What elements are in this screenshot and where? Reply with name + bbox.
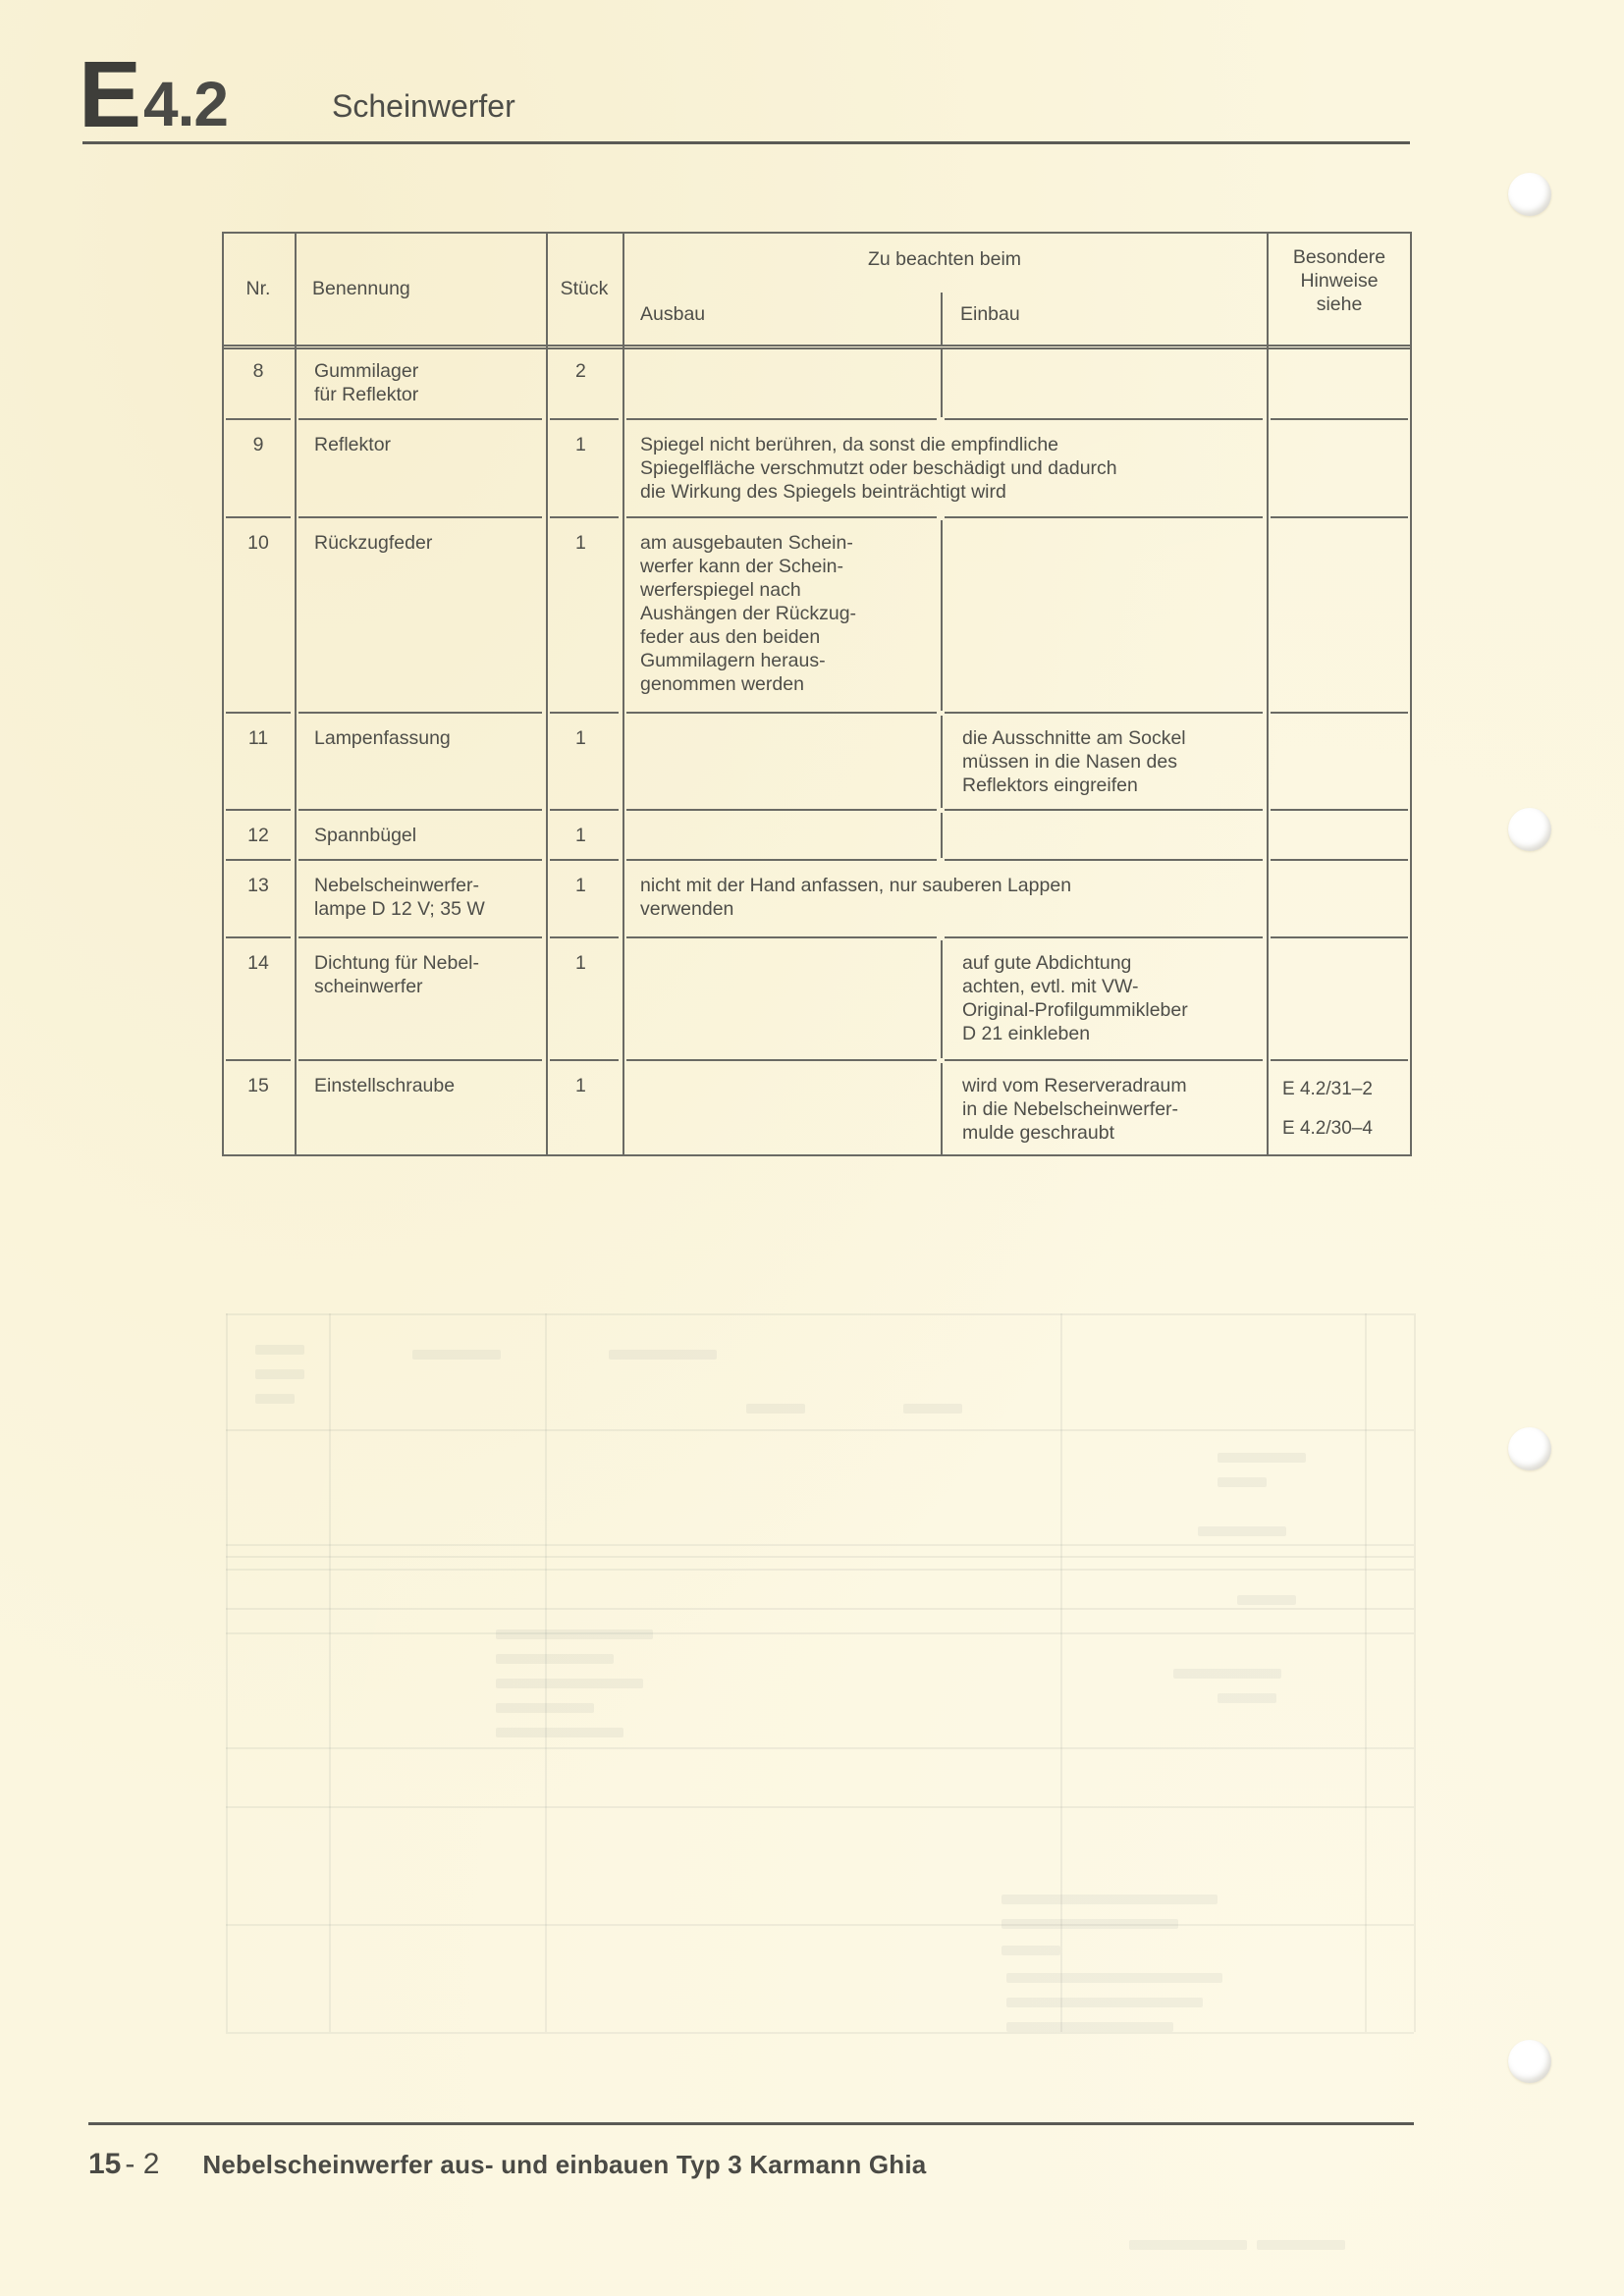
table-rule [1271,936,1408,938]
header-ausbau: Ausbau [640,302,939,326]
bleed-through-mark [329,1313,331,2032]
row-einbau: die Ausschnitte am Sockel müssen in die … [962,726,1263,797]
bleed-through-mark [1129,2240,1247,2250]
table-rule [945,936,1263,938]
table-rule [298,418,542,420]
bleed-through-mark [226,1429,1414,1431]
table-rule [550,859,619,861]
row-benennung: Reflektor [314,433,542,456]
table-rule [226,809,291,811]
row-stueck: 1 [575,951,623,975]
table-rule [226,1059,291,1061]
table-rule [546,232,548,1156]
row-benennung: Dichtung für Nebel- scheinwerfer [314,951,542,998]
table-rule [626,418,937,420]
table-rule [222,347,1412,349]
page-title: Scheinwerfer [332,88,515,125]
bleed-through-mark [226,1924,1414,1926]
table-rule [298,809,542,811]
row-nr: 12 [222,824,295,847]
section-number: 4.2 [143,75,228,133]
bleed-through-mark [609,1350,717,1360]
table-rule [941,1063,943,1154]
table-rule [626,516,937,518]
header-benennung: Benennung [312,277,544,300]
bleed-through-mark [226,1544,1414,1546]
table-rule [550,936,619,938]
row-note-span: Spiegel nicht berühren, da sonst die emp… [640,433,1261,504]
row-einbau: wird vom Reserveradraum in die Nebelsche… [962,1074,1263,1145]
table-rule [1271,516,1408,518]
table-rule [945,516,1263,518]
bleed-through-mark [226,2032,1414,2034]
row-stueck: 1 [575,726,623,750]
bleed-through-mark [255,1345,304,1355]
table-rule [298,859,542,861]
bleed-through-mark [226,1632,1414,1634]
bleed-through-mark [1006,1973,1222,1983]
row-benennung: Nebelscheinwerfer- lampe D 12 V; 35 W [314,874,542,921]
bleed-through-mark [255,1369,304,1379]
bleed-through-mark [1198,1526,1286,1536]
parts-table: Nr.BenennungStückZu beachten beimAusbauE… [222,232,1412,1156]
table-rule [295,232,297,1156]
table-rule [550,418,619,420]
table-rule [941,293,943,346]
bleed-through-mark [1173,1669,1281,1679]
header-divider [82,141,1410,144]
table-rule [298,1059,542,1061]
table-rule [298,712,542,714]
row-benennung: Spannbügel [314,824,542,847]
punch-hole [1508,2040,1551,2083]
table-rule [1271,712,1408,714]
bleed-through-mark [1414,1313,1416,2032]
table-rule [626,809,937,811]
row-nr: 15 [222,1074,295,1097]
row-einbau: auf gute Abdichtung achten, evtl. mit VW… [962,951,1263,1045]
bleed-through-mark [255,1394,295,1404]
bleed-through-mark [1006,1998,1203,2007]
row-stueck: 1 [575,1074,623,1097]
row-nr: 14 [222,951,295,975]
bleed-through-mark [226,1556,1414,1558]
table-rule [222,1154,1412,1156]
bleed-through-mark [903,1404,962,1414]
page-number-minor: - 2 [125,2148,159,2180]
table-rule [941,520,943,711]
bleed-through-mark [496,1629,653,1639]
table-rule [222,345,1412,347]
bleed-through-mark [1001,1946,1060,1955]
section-mark: E 4.2 [79,55,228,133]
row-nr: 8 [222,359,295,383]
table-rule [941,813,943,858]
bleed-through-mark [545,1313,547,2032]
table-rule [626,712,937,714]
table-rule [298,936,542,938]
row-benennung: Gummilager für Reflektor [314,359,542,406]
row-stueck: 1 [575,824,623,847]
header-einbau: Einbau [960,302,1267,326]
row-nr: 9 [222,433,295,456]
bleed-through-mark [1237,1595,1296,1605]
bleed-through-mark [1218,1693,1276,1703]
bleed-through-mark [496,1679,643,1688]
bleed-through-mark [1218,1453,1306,1463]
table-rule [945,418,1263,420]
table-rule [550,809,619,811]
table-rule [1271,1059,1408,1061]
table-rule [941,940,943,1058]
table-rule [1271,418,1408,420]
row-note-span: nicht mit der Hand anfassen, nur saubere… [640,874,1261,921]
punch-hole [1508,173,1551,216]
table-rule [626,859,937,861]
table-rule [226,418,291,420]
table-rule [941,716,943,808]
section-letter: E [79,57,139,133]
row-stueck: 1 [575,874,623,897]
header-zu-beachten: Zu beachten beim [623,247,1267,271]
row-stueck: 1 [575,433,623,456]
row-benennung: Einstellschraube [314,1074,542,1097]
table-rule [626,936,937,938]
bleed-through-mark [1001,1895,1218,1904]
table-rule [945,859,1263,861]
table-rule [626,1059,937,1061]
footer-divider [88,2122,1414,2125]
table-rule [1267,232,1269,1156]
table-rule [1410,232,1412,1156]
punch-hole [1508,808,1551,851]
table-rule [550,516,619,518]
bleed-through-mark [226,1608,1414,1610]
row-nr: 13 [222,874,295,897]
header-stueck: Stück [546,277,623,300]
row-hinweise: E 4.2/31–2 E 4.2/30–4 [1282,1080,1410,1139]
table-rule [226,712,291,714]
table-rule [222,232,1412,234]
bleed-through-mark [1257,2240,1345,2250]
page-number-major: 15 [88,2148,121,2180]
header-nr: Nr. [222,277,295,300]
bleed-through-mark [1218,1477,1267,1487]
table-rule [550,1059,619,1061]
bleed-through-mark [496,1703,594,1713]
footer: 15- 2Nebelscheinwerfer aus- und einbauen… [88,2148,926,2181]
table-rule [226,936,291,938]
bleed-through-mark [226,1747,1414,1749]
table-rule [550,712,619,714]
row-stueck: 2 [575,359,623,383]
bleed-through-mark [226,1806,1414,1808]
bleed-through-mark [496,1728,623,1737]
table-rule [298,516,542,518]
row-stueck: 1 [575,531,623,555]
table-rule [623,232,624,1156]
table-rule [226,516,291,518]
table-rule [1271,809,1408,811]
bleed-through-mark [412,1350,501,1360]
table-rule [945,1059,1263,1061]
bleed-through-mark [226,1569,1414,1571]
bleed-through-mark [1006,2022,1173,2032]
bleed-through-mark [496,1654,614,1664]
table-rule [226,859,291,861]
table-rule [1271,859,1408,861]
row-benennung: Rückzugfeder [314,531,542,555]
row-nr: 11 [222,726,295,750]
bleed-through-mark [746,1404,805,1414]
row-nr: 10 [222,531,295,555]
footer-title: Nebelscheinwerfer aus- und einbauen Typ … [202,2150,926,2179]
bleed-through-mark [226,1313,228,2032]
punch-hole [1508,1427,1551,1470]
row-ausbau: am ausgebauten Schein- werfer kann der S… [640,531,935,696]
table-rule [941,348,943,417]
bleed-through-mark [226,1313,1414,1315]
bleed-through-mark [1365,1313,1367,2032]
header-hinweise: Besondere Hinweise siehe [1267,245,1412,316]
table-rule [945,712,1263,714]
bleed-through-mark [1001,1919,1178,1929]
table-rule [945,809,1263,811]
row-benennung: Lampenfassung [314,726,542,750]
